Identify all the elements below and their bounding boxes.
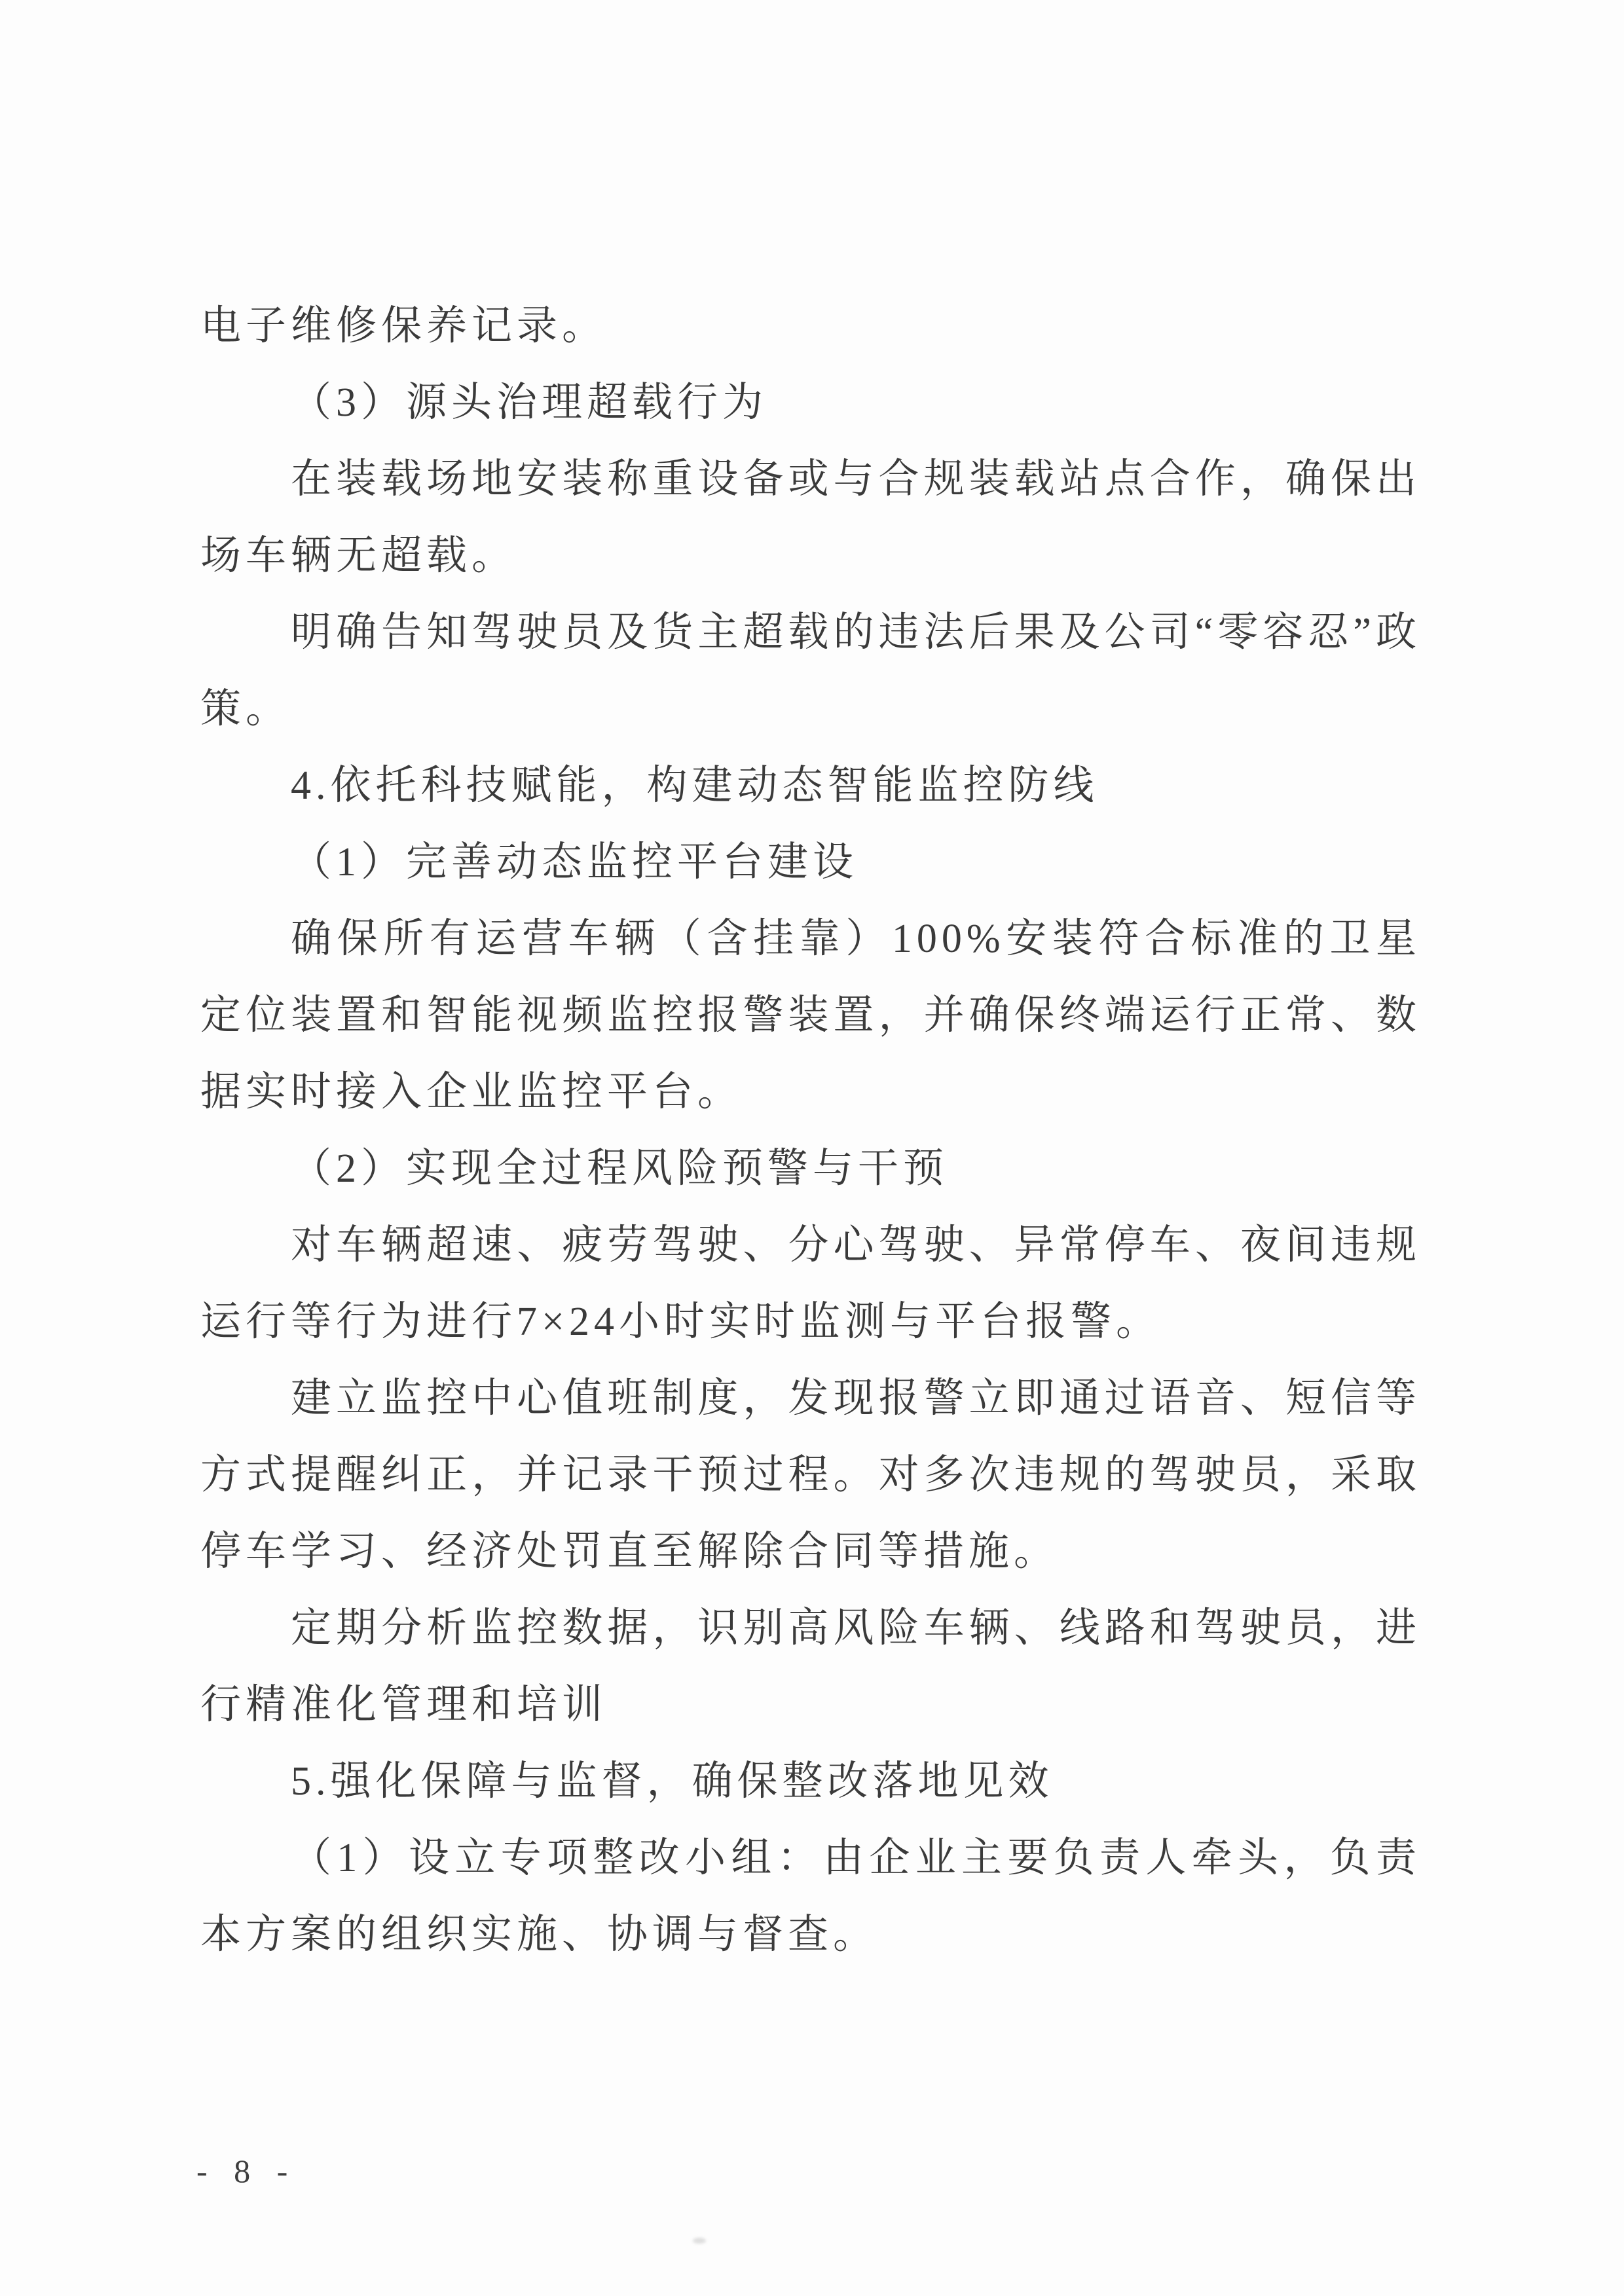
body-paragraph: 5.强化保障与监督，确保整改落地见效: [200, 1743, 1421, 1820]
body-paragraph: （2）实现全过程风险预警与干预: [200, 1131, 1421, 1207]
document-body: 电子维修保养记录。（3）源头治理超载行为在装载场地安装称重设备或与合规装载站点合…: [200, 288, 1421, 1973]
page-number: - 8 -: [196, 2151, 297, 2191]
scan-smudge: [693, 2238, 706, 2244]
body-paragraph: 在装载场地安装称重设备或与合规装载站点合作，确保出场车辆无超载。: [200, 441, 1421, 594]
body-paragraph: 明确告知驾驶员及货主超载的违法后果及公司“零容忍”政策。: [200, 594, 1421, 748]
body-paragraph: 定期分析监控数据，识别高风险车辆、线路和驾驶员，进行精准化管理和培训: [200, 1590, 1421, 1743]
body-paragraph: 对车辆超速、疲劳驾驶、分心驾驶、异常停车、夜间违规运行等行为进行7×24小时实时…: [200, 1207, 1421, 1360]
document-page: 电子维修保养记录。（3）源头治理超载行为在装载场地安装称重设备或与合规装载站点合…: [0, 0, 1624, 2296]
body-paragraph: 建立监控中心值班制度，发现报警立即通过语音、短信等方式提醒纠正，并记录干预过程。…: [200, 1360, 1421, 1590]
body-paragraph: 确保所有运营车辆（含挂靠）100%安装符合标准的卫星定位装置和智能视频监控报警装…: [200, 901, 1421, 1131]
body-paragraph: 4.依托科技赋能，构建动态智能监控防线: [200, 748, 1421, 824]
body-paragraph: 电子维修保养记录。: [200, 288, 1421, 365]
body-paragraph: （3）源头治理超载行为: [200, 365, 1421, 441]
body-paragraph: （1）完善动态监控平台建设: [200, 824, 1421, 901]
body-paragraph: （1）设立专项整改小组：由企业主要负责人牵头，负责本方案的组织实施、协调与督查。: [200, 1820, 1421, 1973]
